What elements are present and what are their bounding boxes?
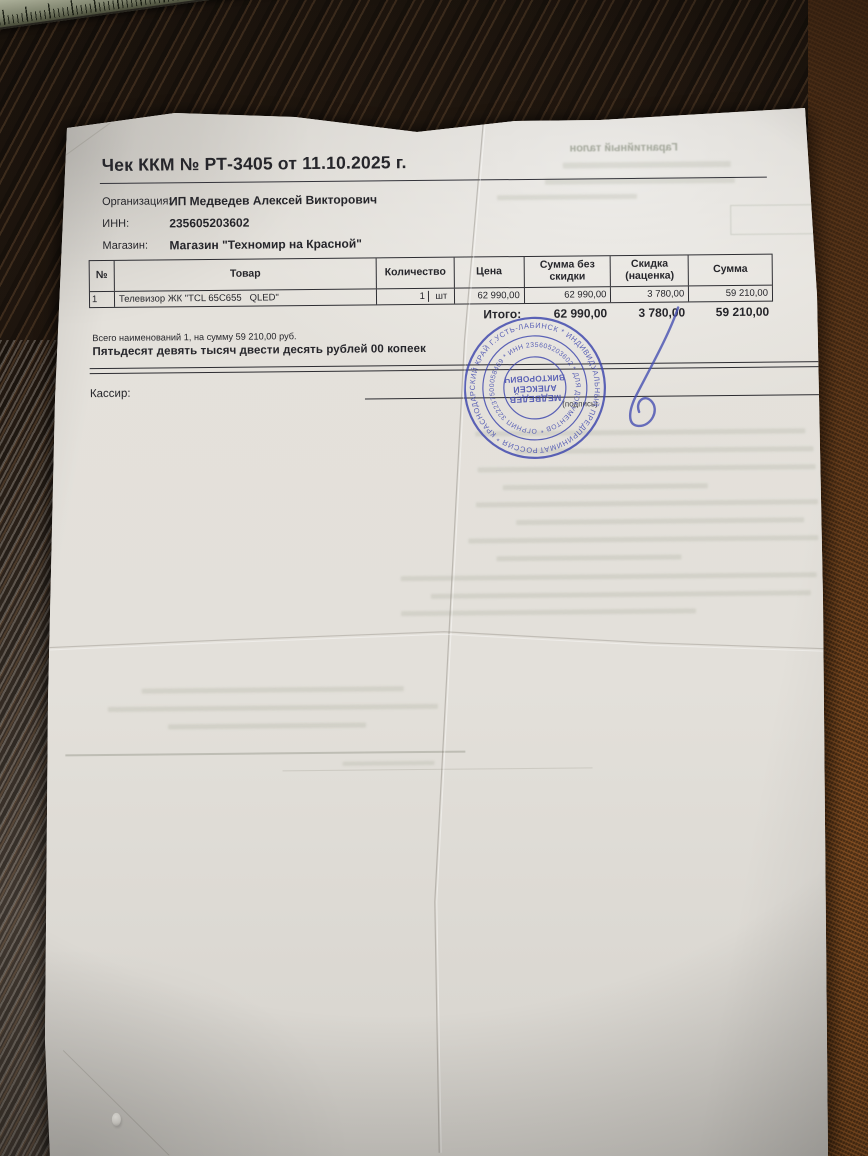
row-price: 62 990,00 [454,288,524,304]
paper-imperfection [112,1113,121,1126]
bleedthrough-line [478,464,816,472]
bleedthrough-box [730,204,817,235]
bleedthrough-line [108,704,438,712]
bleedthrough-warranty-title: Гарантийный талон [570,142,678,155]
bleedthrough-line [142,686,404,694]
ink-stamp: РОССИЯ * КРАСНОДАРСКИЙ КРАЙ Г.УСТЬ-ЛАБИН… [459,312,610,463]
totals-row: Итого: 62 990,00 3 780,00 59 210,00 [44,98,829,106]
cashier-label: Кассир: [90,388,131,400]
receipt-paper: Гарантийный талон [45,105,830,1156]
header-price: Цена [454,257,524,288]
summary-line: Всего наименований 1, на сумму 59 210,00… [92,331,296,343]
bleedthrough-line [563,161,731,169]
bleedthrough-line [468,535,818,543]
bleedthrough-rule [283,767,593,771]
row-unit: шт [428,291,454,302]
row-qty-cell: 1 шт [376,289,454,305]
header-sum-no-discount: Сумма без скидки [523,256,610,287]
bleedthrough-line [401,572,817,581]
totals-sum: 59 210,00 [691,305,769,320]
store-label: Магазин: [102,240,148,252]
organization-value: ИП Медведев Алексей Викторович [169,192,377,208]
bleedthrough-line [503,483,708,490]
row-sum: 59 210,00 [688,286,772,302]
handwritten-signature [596,297,697,438]
organization-label: Организация: [102,195,172,208]
bleedthrough-line [497,194,637,200]
bleedthrough-line [168,723,366,730]
header-product: Товар [114,258,377,291]
store-value: Магазин "Техномир на Красной" [169,237,362,253]
header-sum: Сумма [688,255,772,286]
bleedthrough-line [476,499,818,507]
bleedthrough-line [431,590,811,599]
stamp-center-line-3: ВИКТОРОВИЧ [504,373,565,386]
row-qty: 1 [377,291,428,302]
receipt-paper-shadow: Гарантийный талон [45,105,830,1156]
header-discount: Скидка (наценка) [610,255,688,286]
row-product: Телевизор ЖК "TCL 65C655 QLED" [114,289,376,307]
bleedthrough-line [401,608,696,616]
metal-ruler [0,0,408,32]
header-qty: Количество [376,258,454,289]
header-num: № [90,261,114,291]
amount-in-words: Пятьдесят девять тысяч двести десять руб… [92,343,426,358]
receipt-photo-scene: Гарантийный талон [0,0,868,1156]
row-num: 1 [90,292,114,307]
bleedthrough-line [516,517,804,525]
receipt-content: Гарантийный талон [44,98,839,1156]
inn-value: 235605203602 [169,216,249,231]
bleedthrough-line [496,554,681,561]
bleedthrough-line [342,761,434,766]
receipt-title: Чек ККМ № РТ-3405 от 11.10.2025 г. [102,152,407,176]
bleedthrough-rule [65,751,465,756]
inn-label: ИНН: [102,218,129,230]
